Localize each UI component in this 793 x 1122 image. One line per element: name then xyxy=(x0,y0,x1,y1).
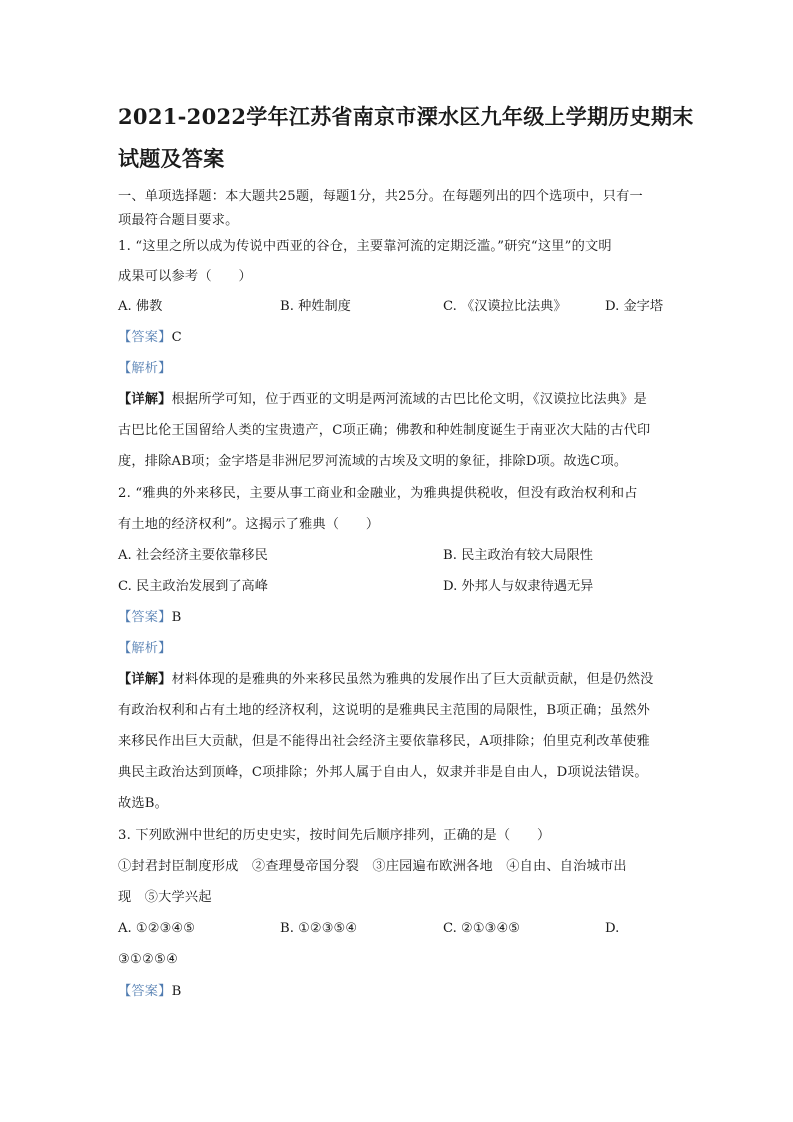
question-2-option-a: A. 社会经济主要依靠移民 xyxy=(118,547,268,565)
question-2-detail-line-4: 典民主政治达到顶峰，C项排除；外邦人属于自由人，奴隶并非是自由人，D项说法错误。 xyxy=(118,764,648,782)
question-3-option-c: C. ②①③④⑤ xyxy=(443,920,520,938)
section-intro-line-2: 项最符合题目要求。 xyxy=(118,212,239,230)
question-3-stem-line-1: 3. 下列欧洲中世纪的历史史实，按时间先后顺序排列，正确的是（ ） xyxy=(118,827,550,845)
document-title-line-1: 2021-2022学年江苏省南京市溧水区九年级上学期历史期末 xyxy=(118,104,688,130)
option-label: C. xyxy=(443,299,457,314)
answer-value: B xyxy=(172,984,182,999)
question-text: 下列欧洲中世纪的历史史实，按时间先后顺序排列，正确的是（ ） xyxy=(135,828,550,843)
option-text: 民主政治有较大局限性 xyxy=(461,548,593,563)
option-label: B. xyxy=(280,299,294,314)
question-2-stem-line-2: 有土地的经济权利”。这揭示了雅典（ ） xyxy=(118,516,379,534)
option-label: D. xyxy=(605,299,619,314)
question-2-stem-line-1: 2. “雅典的外来移民，主要从事工商业和金融业，为雅典提供税收，但没有政治权利和… xyxy=(118,485,638,503)
option-text: 社会经济主要依靠移民 xyxy=(136,548,268,563)
question-2-answer: 【答案】B xyxy=(118,609,181,627)
question-3-items-line-1: ①封君封臣制度形成 ②查理曼帝国分裂 ③庄园遍布欧洲各地 ④自由、自治城市出 xyxy=(118,858,627,876)
option-text: 佛教 xyxy=(136,299,162,314)
option-label: A. xyxy=(118,299,132,314)
option-label: A. xyxy=(118,548,132,563)
question-1-detail-line-3: 度，排除AB项；金字塔是非洲尼罗河流域的古埃及文明的象征，排除D项。故选C项。 xyxy=(118,453,627,471)
question-2-analysis-label: 【解析】 xyxy=(118,640,172,658)
answer-value: B xyxy=(172,610,182,625)
question-number: 3. xyxy=(118,828,131,843)
option-label: C. xyxy=(443,921,457,936)
question-number: 1. xyxy=(118,239,131,254)
question-text: “这里之所以成为传说中西亚的谷仓，主要靠河流的定期泛滥。”研究“这里”的文明 xyxy=(135,239,611,254)
option-text: 《汉谟拉比法典》 xyxy=(461,299,567,314)
answer-label: 【答案】 xyxy=(118,610,172,625)
question-3-answer: 【答案】B xyxy=(118,983,181,1001)
question-2-option-b: B. 民主政治有较大局限性 xyxy=(443,547,593,565)
question-2-detail-line-3: 来移民作出巨大贡献，但是不能得出社会经济主要依靠移民，A项排除；伯里克利改革使雅 xyxy=(118,733,650,751)
option-text: 民主政治发展到了高峰 xyxy=(136,579,268,594)
question-1-stem-line-2: 成果可以参考（ ） xyxy=(118,268,252,286)
option-text: 种姓制度 xyxy=(298,299,351,314)
option-text: 金字塔 xyxy=(624,299,664,314)
document-title-line-2: 试题及答案 xyxy=(118,146,688,172)
question-2-detail-line-1: 【详解】材料体现的是雅典的外来移民虽然为雅典的发展作出了巨大贡献贡献，但是仍然没 xyxy=(118,671,654,689)
question-2-option-d: D. 外邦人与奴隶待遇无异 xyxy=(443,578,593,596)
option-text: ②①③④⑤ xyxy=(461,921,520,936)
detail-label: 【详解】 xyxy=(118,672,172,687)
question-3-option-d-text: ③①②⑤④ xyxy=(118,951,178,969)
question-1-answer: 【答案】C xyxy=(118,329,182,347)
answer-label: 【答案】 xyxy=(118,984,172,999)
option-label: B. xyxy=(443,548,457,563)
option-text: 外邦人与奴隶待遇无异 xyxy=(462,579,594,594)
question-2-detail-line-2: 有政治权利和占有土地的经济权利，这说明的是雅典民主范围的局限性，B项正确；虽然外 xyxy=(118,702,650,720)
question-1-stem-line-1: 1. “这里之所以成为传说中西亚的谷仓，主要靠河流的定期泛滥。”研究“这里”的文… xyxy=(118,238,612,256)
option-label: A. xyxy=(118,921,132,936)
question-2-detail-line-5: 故选B。 xyxy=(118,795,168,813)
option-label: C. xyxy=(118,579,132,594)
question-3-option-a: A. ①②③④⑤ xyxy=(118,920,195,938)
question-1-option-b: B. 种姓制度 xyxy=(280,298,351,316)
question-number: 2. xyxy=(118,486,131,501)
section-intro-line-1: 一、单项选择题：本大题共25题，每题1分，共25分。在每题列出的四个选项中，只有… xyxy=(118,188,643,206)
detail-text: 材料体现的是雅典的外来移民虽然为雅典的发展作出了巨大贡献贡献，但是仍然没 xyxy=(172,672,654,687)
question-1-detail-line-2: 古巴比伦王国留给人类的宝贵遗产，C项正确；佛教和种姓制度诞生于南亚次大陆的古代印 xyxy=(118,422,650,440)
question-text: “雅典的外来移民，主要从事工商业和金融业，为雅典提供税收，但没有政治权利和占 xyxy=(135,486,637,501)
question-2-option-c: C. 民主政治发展到了高峰 xyxy=(118,578,268,596)
question-1-option-d: D. 金字塔 xyxy=(605,298,663,316)
option-label: D. xyxy=(443,579,457,594)
question-1-option-c: C. 《汉谟拉比法典》 xyxy=(443,298,567,316)
option-text: ①②③④⑤ xyxy=(136,921,195,936)
answer-value: C xyxy=(172,330,182,345)
question-1-detail-line-1: 【详解】根据所学可知，位于西亚的文明是两河流域的古巴比伦文明，《汉谟拉比法典》是 xyxy=(118,391,647,409)
detail-label: 【详解】 xyxy=(118,392,172,407)
answer-label: 【答案】 xyxy=(118,330,172,345)
option-label: D. xyxy=(605,921,619,936)
option-text: ①②③⑤④ xyxy=(298,921,357,936)
question-1-analysis-label: 【解析】 xyxy=(118,360,172,378)
question-3-option-d: D. xyxy=(605,920,619,938)
option-label: B. xyxy=(280,921,294,936)
detail-text: 根据所学可知，位于西亚的文明是两河流域的古巴比伦文明，《汉谟拉比法典》是 xyxy=(172,392,647,407)
question-3-option-b: B. ①②③⑤④ xyxy=(280,920,357,938)
question-3-items-line-2: 现 ⑤大学兴起 xyxy=(118,889,212,907)
question-1-option-a: A. 佛教 xyxy=(118,298,162,316)
